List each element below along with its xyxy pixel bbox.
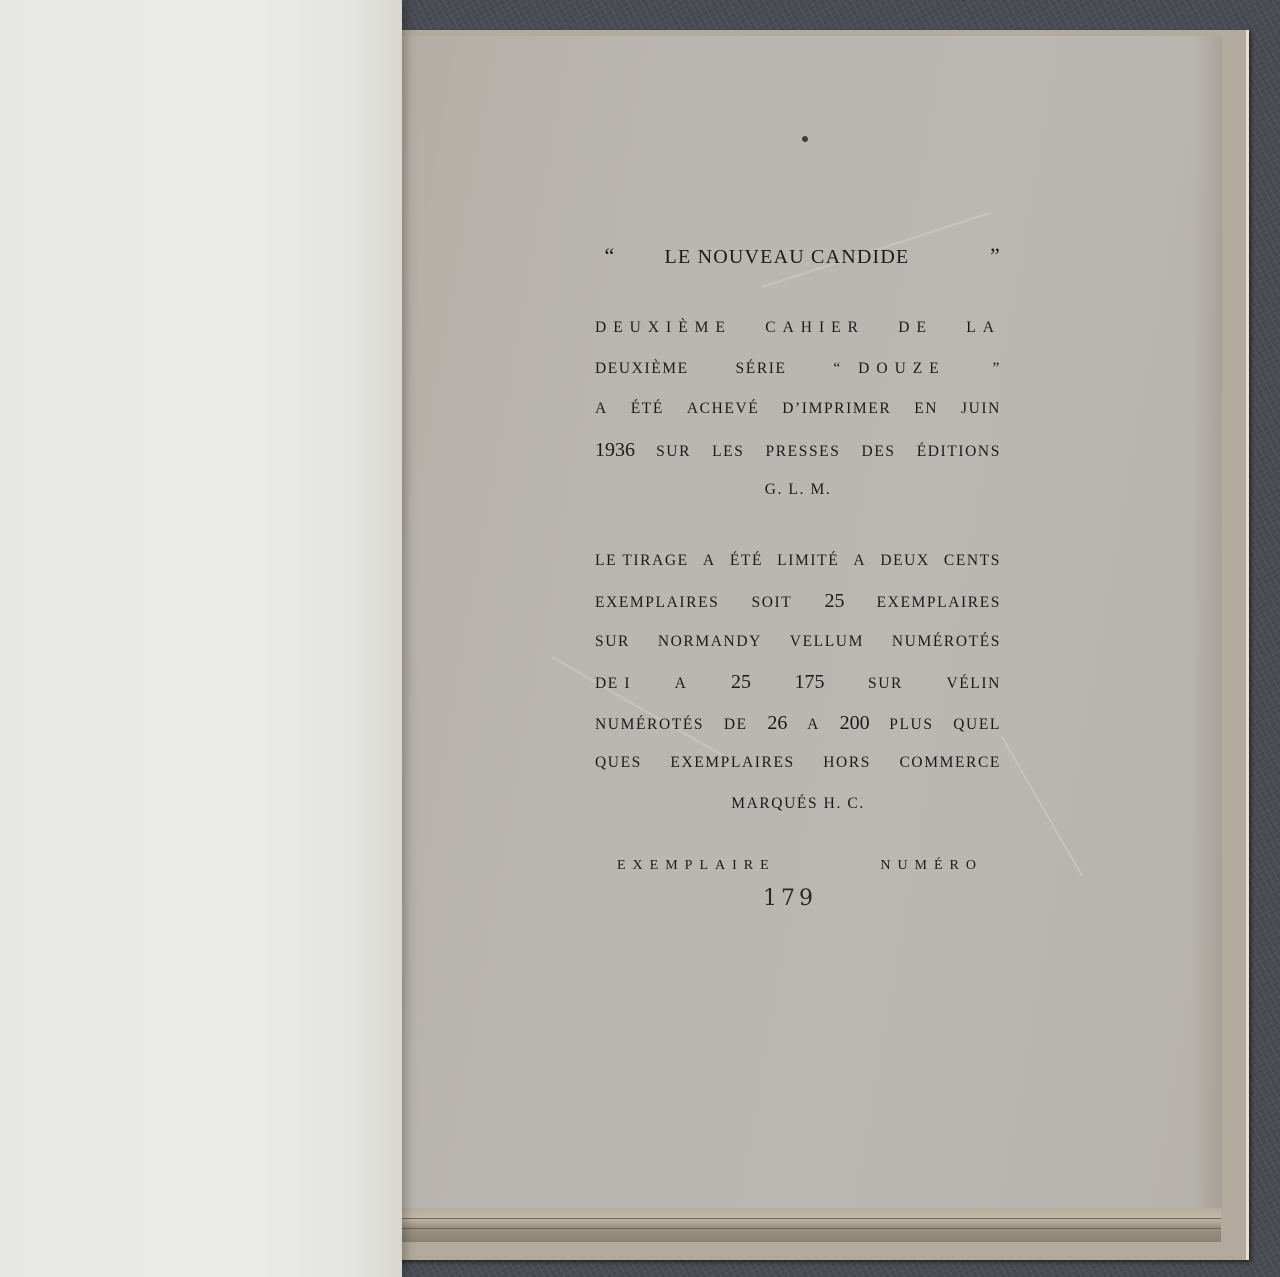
text-line: EXEMPLAIRES SOIT 25 EXEMPLAIRES — [595, 581, 1001, 622]
word: ” — [993, 349, 1001, 390]
close-quote: ” — [971, 236, 1001, 276]
word: VELLUM — [790, 622, 864, 663]
word: QUEL — [953, 705, 1001, 746]
page-edges — [376, 1208, 1221, 1242]
text-line: QUES EXEMPLAIRES HORS COMMERCE — [595, 743, 1001, 784]
text-line: NUMÉROTÉS DE 26 A 200 PLUS QUEL — [595, 703, 1001, 744]
word: DES — [862, 432, 896, 473]
number: 25 — [824, 581, 844, 622]
text-line: 1936 SUR LES PRESSES DES ÉDITIONS — [595, 430, 1001, 471]
word: A — [595, 389, 608, 430]
word: DEUXIÈME — [595, 349, 689, 390]
word: CENTS — [944, 541, 1001, 582]
number: 26 — [767, 703, 787, 744]
word: DE — [724, 705, 748, 746]
publisher: G. L. M. — [765, 470, 832, 511]
paper-speck — [802, 136, 808, 142]
text-line: G. L. M. — [595, 470, 1001, 511]
word: A — [703, 541, 716, 582]
word: JUIN — [961, 389, 1001, 430]
page-edge-line — [376, 1218, 1221, 1219]
word: SOIT — [752, 583, 793, 624]
text-line: SUR NORMANDY VELLUM NUMÉROTÉS — [595, 622, 1001, 663]
word: EXEMPLAIRE — [617, 858, 776, 874]
word: CAHIER — [765, 308, 865, 349]
text-line: A ÉTÉ ACHEVÉ D’IMPRIMER EN JUIN — [595, 389, 1001, 430]
word: SÉRIE — [736, 349, 787, 390]
copy-label: EXEMPLAIRE NUMÉRO — [595, 858, 1001, 874]
number: 175 — [794, 662, 824, 703]
word: PRESSES — [766, 432, 841, 473]
text-line: LE TIRAGE A ÉTÉ LIMITÉ A DEUX CENTS — [595, 541, 1001, 582]
word: NUMÉROTÉS — [892, 622, 1001, 663]
colophon-title: “ LE NOUVEAU CANDIDE ” — [595, 236, 1001, 276]
word: PLUS — [889, 705, 933, 746]
word: SUR — [868, 664, 903, 705]
word: MARQUÉS H. C. — [731, 784, 865, 825]
page-edge-line — [376, 1228, 1221, 1229]
word: VÉLIN — [946, 664, 1001, 705]
open-quote: “ — [595, 236, 625, 276]
word: EXEMPLAIRES — [877, 583, 1001, 624]
word: ACHEVÉ — [687, 389, 759, 430]
year: 1936 — [595, 430, 635, 471]
text-line: DEUXIÈME CAHIER DE LA — [595, 308, 1001, 349]
word: “ DOUZE — [833, 349, 945, 390]
word: EXEMPLAIRES — [595, 583, 719, 624]
word: A — [675, 664, 688, 705]
left-blank-page — [0, 0, 402, 1277]
word: LIMITÉ — [777, 541, 839, 582]
word: LA — [966, 308, 1001, 349]
word: SUR — [656, 432, 691, 473]
word: A — [807, 705, 820, 746]
number: 200 — [840, 703, 870, 744]
word: NUMÉROTÉS — [595, 705, 704, 746]
word: LE TIRAGE — [595, 541, 689, 582]
word: D’IMPRIMER — [782, 389, 891, 430]
word: HORS — [823, 743, 871, 784]
paper-crease — [1001, 737, 1083, 877]
word: NORMANDY — [658, 622, 762, 663]
word: EN — [914, 389, 938, 430]
word: ÉTÉ — [730, 541, 763, 582]
copy-number-stamp: 179 — [595, 886, 1001, 911]
word: DE I — [595, 664, 631, 705]
word: DEUXIÈME — [595, 308, 732, 349]
text-line: MARQUÉS H. C. — [595, 784, 1001, 825]
word: DE — [898, 308, 933, 349]
number: 25 — [731, 662, 751, 703]
word: DEUX — [880, 541, 929, 582]
word: A — [853, 541, 866, 582]
colophon-page: “ LE NOUVEAU CANDIDE ” DEUXIÈME CAHIER D… — [402, 36, 1222, 1208]
word: ÉDITIONS — [917, 432, 1001, 473]
text-line: DEUXIÈME SÉRIE “ DOUZE ” — [595, 349, 1001, 390]
colophon-text: “ LE NOUVEAU CANDIDE ” DEUXIÈME CAHIER D… — [595, 236, 1001, 911]
word: SUR — [595, 622, 630, 663]
word: COMMERCE — [899, 743, 1001, 784]
word: ÉTÉ — [631, 389, 664, 430]
book-title: LE NOUVEAU CANDIDE — [625, 237, 971, 277]
word: NUMÉRO — [880, 858, 983, 874]
text-line: DE I A 25 175 SUR VÉLIN — [595, 662, 1001, 703]
word: LES — [712, 432, 744, 473]
word: QUES — [595, 743, 642, 784]
word: EXEMPLAIRES — [670, 743, 794, 784]
